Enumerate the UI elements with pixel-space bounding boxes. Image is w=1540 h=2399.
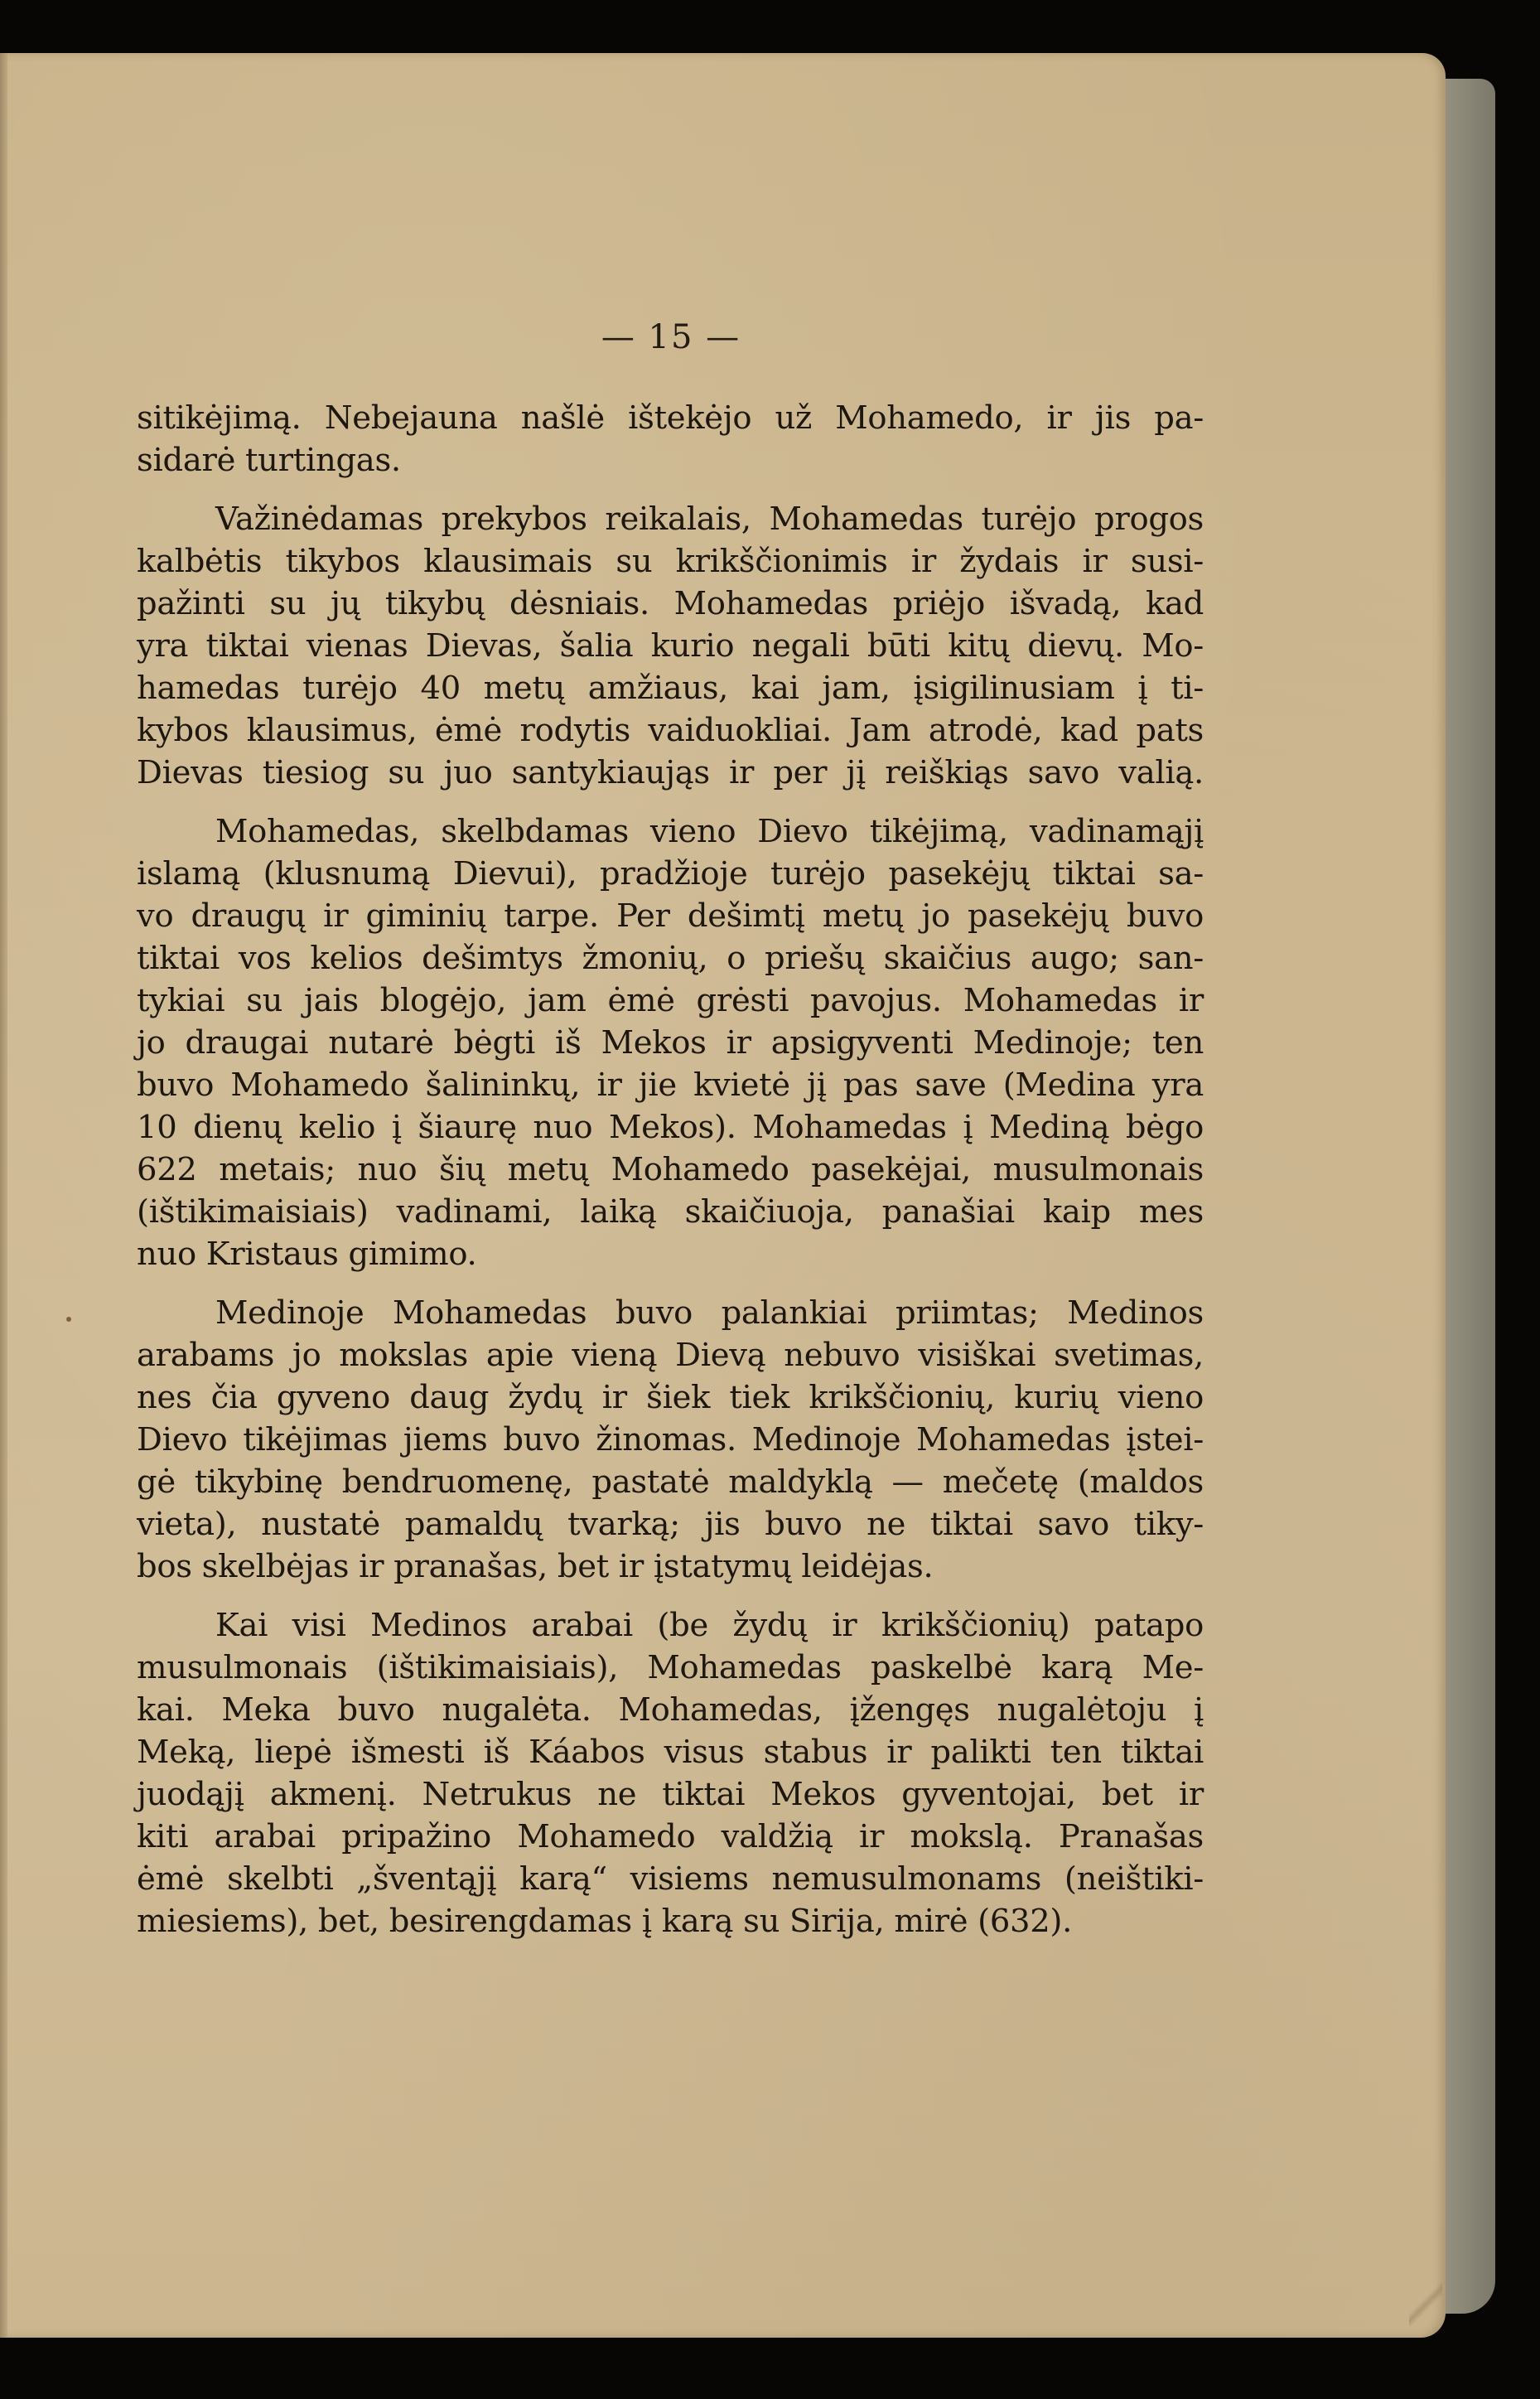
paragraph: Važinėdamas prekybos reikalais, Mohameda… bbox=[137, 498, 1204, 794]
text-line: sidarė turtingas. bbox=[137, 439, 1204, 481]
paragraph: Mohamedas, skelbdamas vieno Dievo tikėji… bbox=[137, 810, 1204, 1275]
text-line: (ištikimaisiais) vadinami, laiką skaičiu… bbox=[137, 1191, 1204, 1233]
book-page: — 15 — sitikėjimą. Nebejauna našlė ištek… bbox=[0, 53, 1446, 2338]
text-line: bos skelbėjas ir pranašas, bet ir įstaty… bbox=[137, 1545, 1204, 1588]
text-line: yra tiktai vienas Dievas, šalia kurio ne… bbox=[137, 625, 1204, 667]
text-line: hamedas turėjo 40 metų amžiaus, kai jam,… bbox=[137, 667, 1204, 709]
text-line: pažinti su jų tikybų dėsniais. Mohamedas… bbox=[137, 583, 1204, 625]
text-line: gė tikybinę bendruomenę, pastatė maldykl… bbox=[137, 1461, 1204, 1503]
text-line: buvo Mohamedo šalininkų, ir jie kvietė j… bbox=[137, 1064, 1204, 1106]
text-line: nes čia gyveno daug žydų ir šiek tiek kr… bbox=[137, 1376, 1204, 1419]
text-line: Dievo tikėjimas jiems buvo žinomas. Medi… bbox=[137, 1419, 1204, 1461]
body-text: sitikėjimą. Nebejauna našlė ištekėjo už … bbox=[137, 397, 1204, 1959]
text-line: nuo Kristaus gimimo. bbox=[137, 1233, 1204, 1275]
text-line: ėmė skelbti „šventąjį karą“ visiems nemu… bbox=[137, 1858, 1204, 1900]
paragraph: Kai visi Medinos arabai (be žydų ir krik… bbox=[137, 1604, 1204, 1942]
text-line: Važinėdamas prekybos reikalais, Mohameda… bbox=[137, 498, 1204, 540]
text-line: vo draugų ir giminių tarpe. Per dešimtį … bbox=[137, 895, 1204, 937]
paragraph: Medinoje Mohamedas buvo palankiai priimt… bbox=[137, 1292, 1204, 1588]
text-line: islamą (klusnumą Dievui), pradžioje turė… bbox=[137, 853, 1204, 895]
text-line: jo draugai nutarė bėgti iš Mekos ir apsi… bbox=[137, 1022, 1204, 1064]
text-line: Medinoje Mohamedas buvo palankiai priimt… bbox=[137, 1292, 1204, 1334]
text-line: tiktai vos kelios dešimtys žmonių, o pri… bbox=[137, 937, 1204, 979]
text-line: kai. Meka buvo nugalėta. Mohamedas, įžen… bbox=[137, 1689, 1204, 1731]
text-line: Dievas tiesiog su juo santykiaująs ir pe… bbox=[137, 752, 1204, 794]
text-line: Meką, liepė išmesti iš Káabos visus stab… bbox=[137, 1731, 1204, 1773]
paragraph: sitikėjimą. Nebejauna našlė ištekėjo už … bbox=[137, 397, 1204, 481]
text-line: Mohamedas, skelbdamas vieno Dievo tikėji… bbox=[137, 810, 1204, 853]
text-line: juodąjį akmenį. Netrukus ne tiktai Mekos… bbox=[137, 1773, 1204, 1816]
text-line: sitikėjimą. Nebejauna našlė ištekėjo už … bbox=[137, 397, 1204, 439]
text-line: Kai visi Medinos arabai (be žydų ir krik… bbox=[137, 1604, 1204, 1647]
text-line: kalbėtis tikybos klausimais su krikščion… bbox=[137, 540, 1204, 583]
text-line: miesiems), bet, besirengdamas į karą su … bbox=[137, 1900, 1204, 1942]
text-line: arabams jo mokslas apie vieną Dievą nebu… bbox=[137, 1334, 1204, 1376]
text-line: kiti arabai pripažino Mohamedo valdžią i… bbox=[137, 1816, 1204, 1858]
text-line: vieta), nustatė pamaldų tvarką; jis buvo… bbox=[137, 1503, 1204, 1545]
spine-shadow bbox=[0, 53, 7, 2338]
text-line: 10 dienų kelio į šiaurę nuo Mekos). Moha… bbox=[137, 1106, 1204, 1149]
text-line: musulmonais (ištikimaisiais), Mohamedas … bbox=[137, 1647, 1204, 1689]
page-number: — 15 — bbox=[0, 318, 1342, 356]
corner-crease bbox=[1409, 2283, 1442, 2326]
text-line: kybos klausimus, ėmė rodytis vaiduokliai… bbox=[137, 709, 1204, 752]
text-line: 622 metais; nuo šių metų Mohamedo pasekė… bbox=[137, 1149, 1204, 1191]
paper-speck bbox=[66, 1317, 71, 1322]
text-line: tykiai su jais blogėjo, jam ėmė grėsti p… bbox=[137, 979, 1204, 1022]
